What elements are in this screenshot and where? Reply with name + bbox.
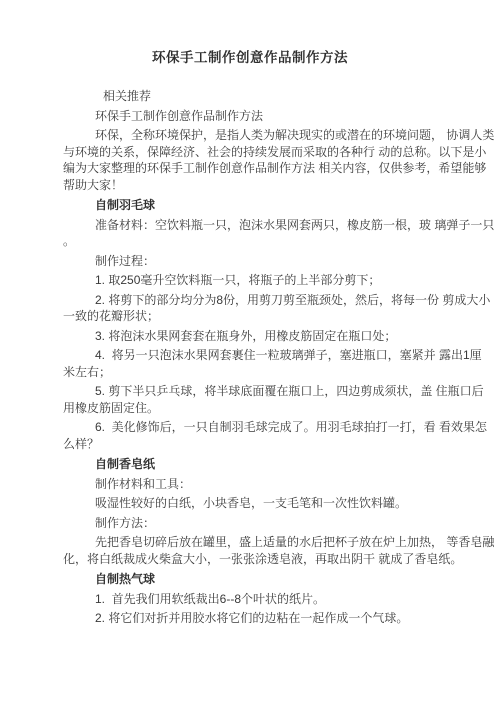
text-line: 么样？ bbox=[63, 436, 470, 453]
text-line: 编为大家整理的环保手工制作创意作品制作方法 相关内容，仅供参考，希望能够 bbox=[63, 160, 470, 177]
text-line: 用橡皮筋固定住。 bbox=[63, 400, 470, 417]
document-title: 环保手工制作创意作品制作方法 bbox=[0, 0, 500, 66]
section-heading: 自制热气球 bbox=[63, 571, 470, 588]
text-line: 环保，全称环境保护，是指人类为解决现实的或潜在的环境问题， 协调人类 bbox=[63, 127, 470, 144]
text-line: 一致的花瓣形状； bbox=[63, 308, 470, 325]
document-subtitle: 环保手工制作创意作品制作方法 bbox=[63, 108, 470, 125]
related-recommend-label: 相关推荐 bbox=[63, 88, 470, 105]
section-heading: 自制香皂纸 bbox=[63, 456, 470, 473]
list-item: 6. 美化修饰后，一只自制羽毛球完成了。用羽毛球拍打一打，看 看效果怎 bbox=[63, 419, 470, 436]
list-item: 1. 取250毫升空饮料瓶一只，将瓶子的上半部分剪下； bbox=[63, 272, 470, 289]
list-item: 2. 将剪下的部分均分为8份，用剪刀剪至瓶颈处，然后，将每一份 剪成大小 bbox=[63, 292, 470, 309]
text-line: 准备材料：空饮料瓶一只，泡沫水果网套两只，橡皮筋一根，玻 璃弹子一只 bbox=[63, 217, 470, 234]
text-line: 化，将白纸裁成火柴盒大小，一张张涂透皂液，再取出阴干 就成了香皂纸。 bbox=[63, 551, 470, 568]
list-item: 2. 将它们对折并用胶水将它们的边粘在一起作成一个气球。 bbox=[63, 610, 470, 627]
list-item: 4. 将另一只泡沫水果网套裹住一粒玻璃弹子，塞进瓶口，塞紧并 露出1厘 bbox=[63, 347, 470, 364]
text-line: 米左右； bbox=[63, 364, 470, 381]
document-body: 相关推荐 环保手工制作创意作品制作方法 环保，全称环境保护，是指人类为解决现实的… bbox=[0, 88, 500, 627]
section-heading: 自制羽毛球 bbox=[63, 197, 470, 214]
text-line: 制作过程： bbox=[63, 253, 470, 270]
text-line: 制作方法： bbox=[63, 515, 470, 532]
section-soap-paper: 自制香皂纸 制作材料和工具： 吸湿性较好的白纸，小块香皂，一支毛笔和一次性饮料罐… bbox=[63, 456, 470, 567]
document-page: 环保手工制作创意作品制作方法 相关推荐 环保手工制作创意作品制作方法 环保，全称… bbox=[0, 0, 500, 707]
text-line: 与环境的关系，保障经济、社会的持续发展而采取的各种行 动的总称。以下是小 bbox=[63, 144, 470, 161]
text-line: 制作材料和工具： bbox=[63, 476, 470, 493]
text-line: 帮助大家！ bbox=[63, 177, 470, 194]
section-hot-air-balloon: 自制热气球 1. 首先我们用软纸裁出6--8个叶状的纸片。 2. 将它们对折并用… bbox=[63, 571, 470, 627]
intro-paragraph: 环保，全称环境保护，是指人类为解决现实的或潜在的环境问题， 协调人类 与环境的关… bbox=[63, 127, 470, 193]
list-item: 3. 将泡沫水果网套套在瓶身外，用橡皮筋固定在瓶口处； bbox=[63, 328, 470, 345]
list-item: 1. 首先我们用软纸裁出6--8个叶状的纸片。 bbox=[63, 591, 470, 608]
section-badminton: 自制羽毛球 准备材料：空饮料瓶一只，泡沫水果网套两只，橡皮筋一根，玻 璃弹子一只… bbox=[63, 197, 470, 452]
text-line: 。 bbox=[63, 233, 470, 250]
text-line: 先把香皂切碎后放在罐里，盛上适量的水后把杯子放在炉上加热， 等香皂融 bbox=[63, 534, 470, 551]
list-item: 5. 剪下半只乒乓球，将半球底面覆在瓶口上，四边剪成须状，盖 住瓶口后 bbox=[63, 383, 470, 400]
text-line: 吸湿性较好的白纸，小块香皂，一支毛笔和一次性饮料罐。 bbox=[63, 495, 470, 512]
